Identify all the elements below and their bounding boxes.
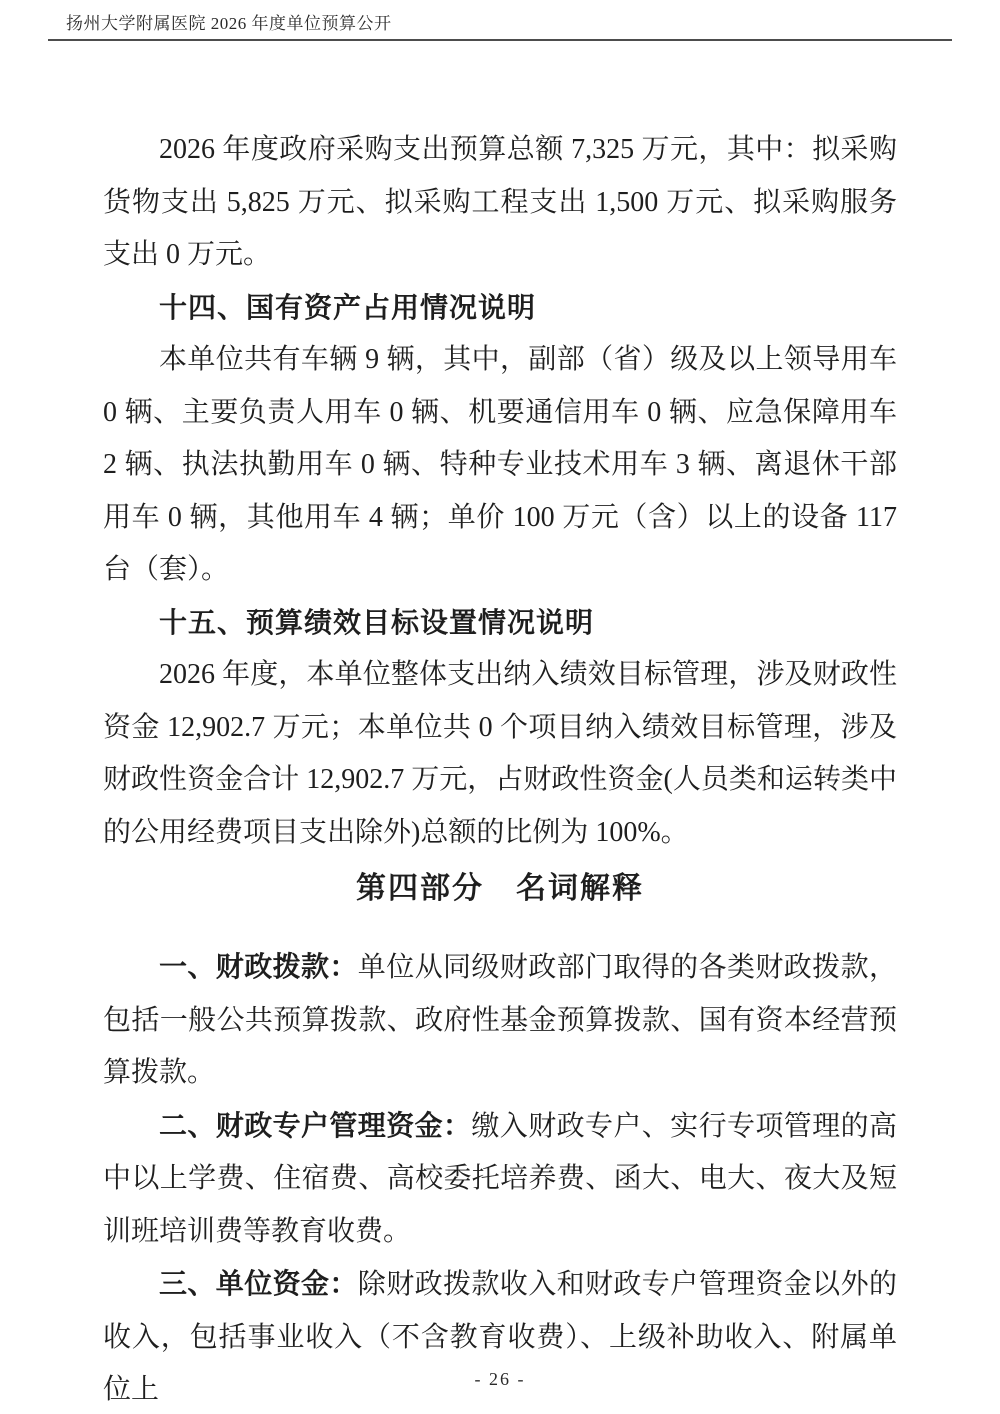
document-page: 扬州大学附属医院 2026 年度单位预算公开 2026 年度政府采购支出预算总额… [0,0,1000,1414]
paragraph-performance-targets: 2026 年度，本单位整体支出纳入绩效目标管理，涉及财政性资金 12,902.7… [103,649,897,859]
paragraph-vehicles-equipment: 本单位共有车辆 9 辆，其中，副部（省）级及以上领导用车 0 辆、主要负责人用车… [103,334,897,597]
part4-title-glossary: 第四部分 名词解释 [103,863,897,915]
term-fiscal-appropriation-label: 一、财政拨款： [159,951,358,982]
header-rule [48,39,952,41]
document-body: 2026 年度政府采购支出预算总额 7,325 万元，其中：拟采购货物支出 5,… [103,124,897,1414]
heading-section-14-state-assets: 十四、国有资产占用情况说明 [103,282,897,335]
term-special-account-funds: 二、财政专户管理资金：缴入财政专户、实行专项管理的高中以上学费、住宿费、高校委托… [103,1100,897,1259]
term-special-account-funds-label: 二、财政专户管理资金： [159,1110,471,1141]
page-number: - 26 - [475,1369,526,1389]
heading-section-15-performance-targets: 十五、预算绩效目标设置情况说明 [103,597,897,650]
term-fiscal-appropriation: 一、财政拨款：单位从同级财政部门取得的各类财政拨款，包括一般公共预算拨款、政府性… [103,941,897,1100]
term-unit-funds: 三、单位资金：除财政拨款收入和财政专户管理资金以外的收入，包括事业收入（不含教育… [103,1258,897,1414]
page-header: 扬州大学附属医院 2026 年度单位预算公开 [66,12,952,36]
page-footer: - 26 - [0,1369,1000,1390]
term-unit-funds-label: 三、单位资金： [159,1268,358,1299]
header-title: 扬州大学附属医院 2026 年度单位预算公开 [66,14,392,33]
paragraph-procurement-budget: 2026 年度政府采购支出预算总额 7,325 万元，其中：拟采购货物支出 5,… [103,124,897,282]
